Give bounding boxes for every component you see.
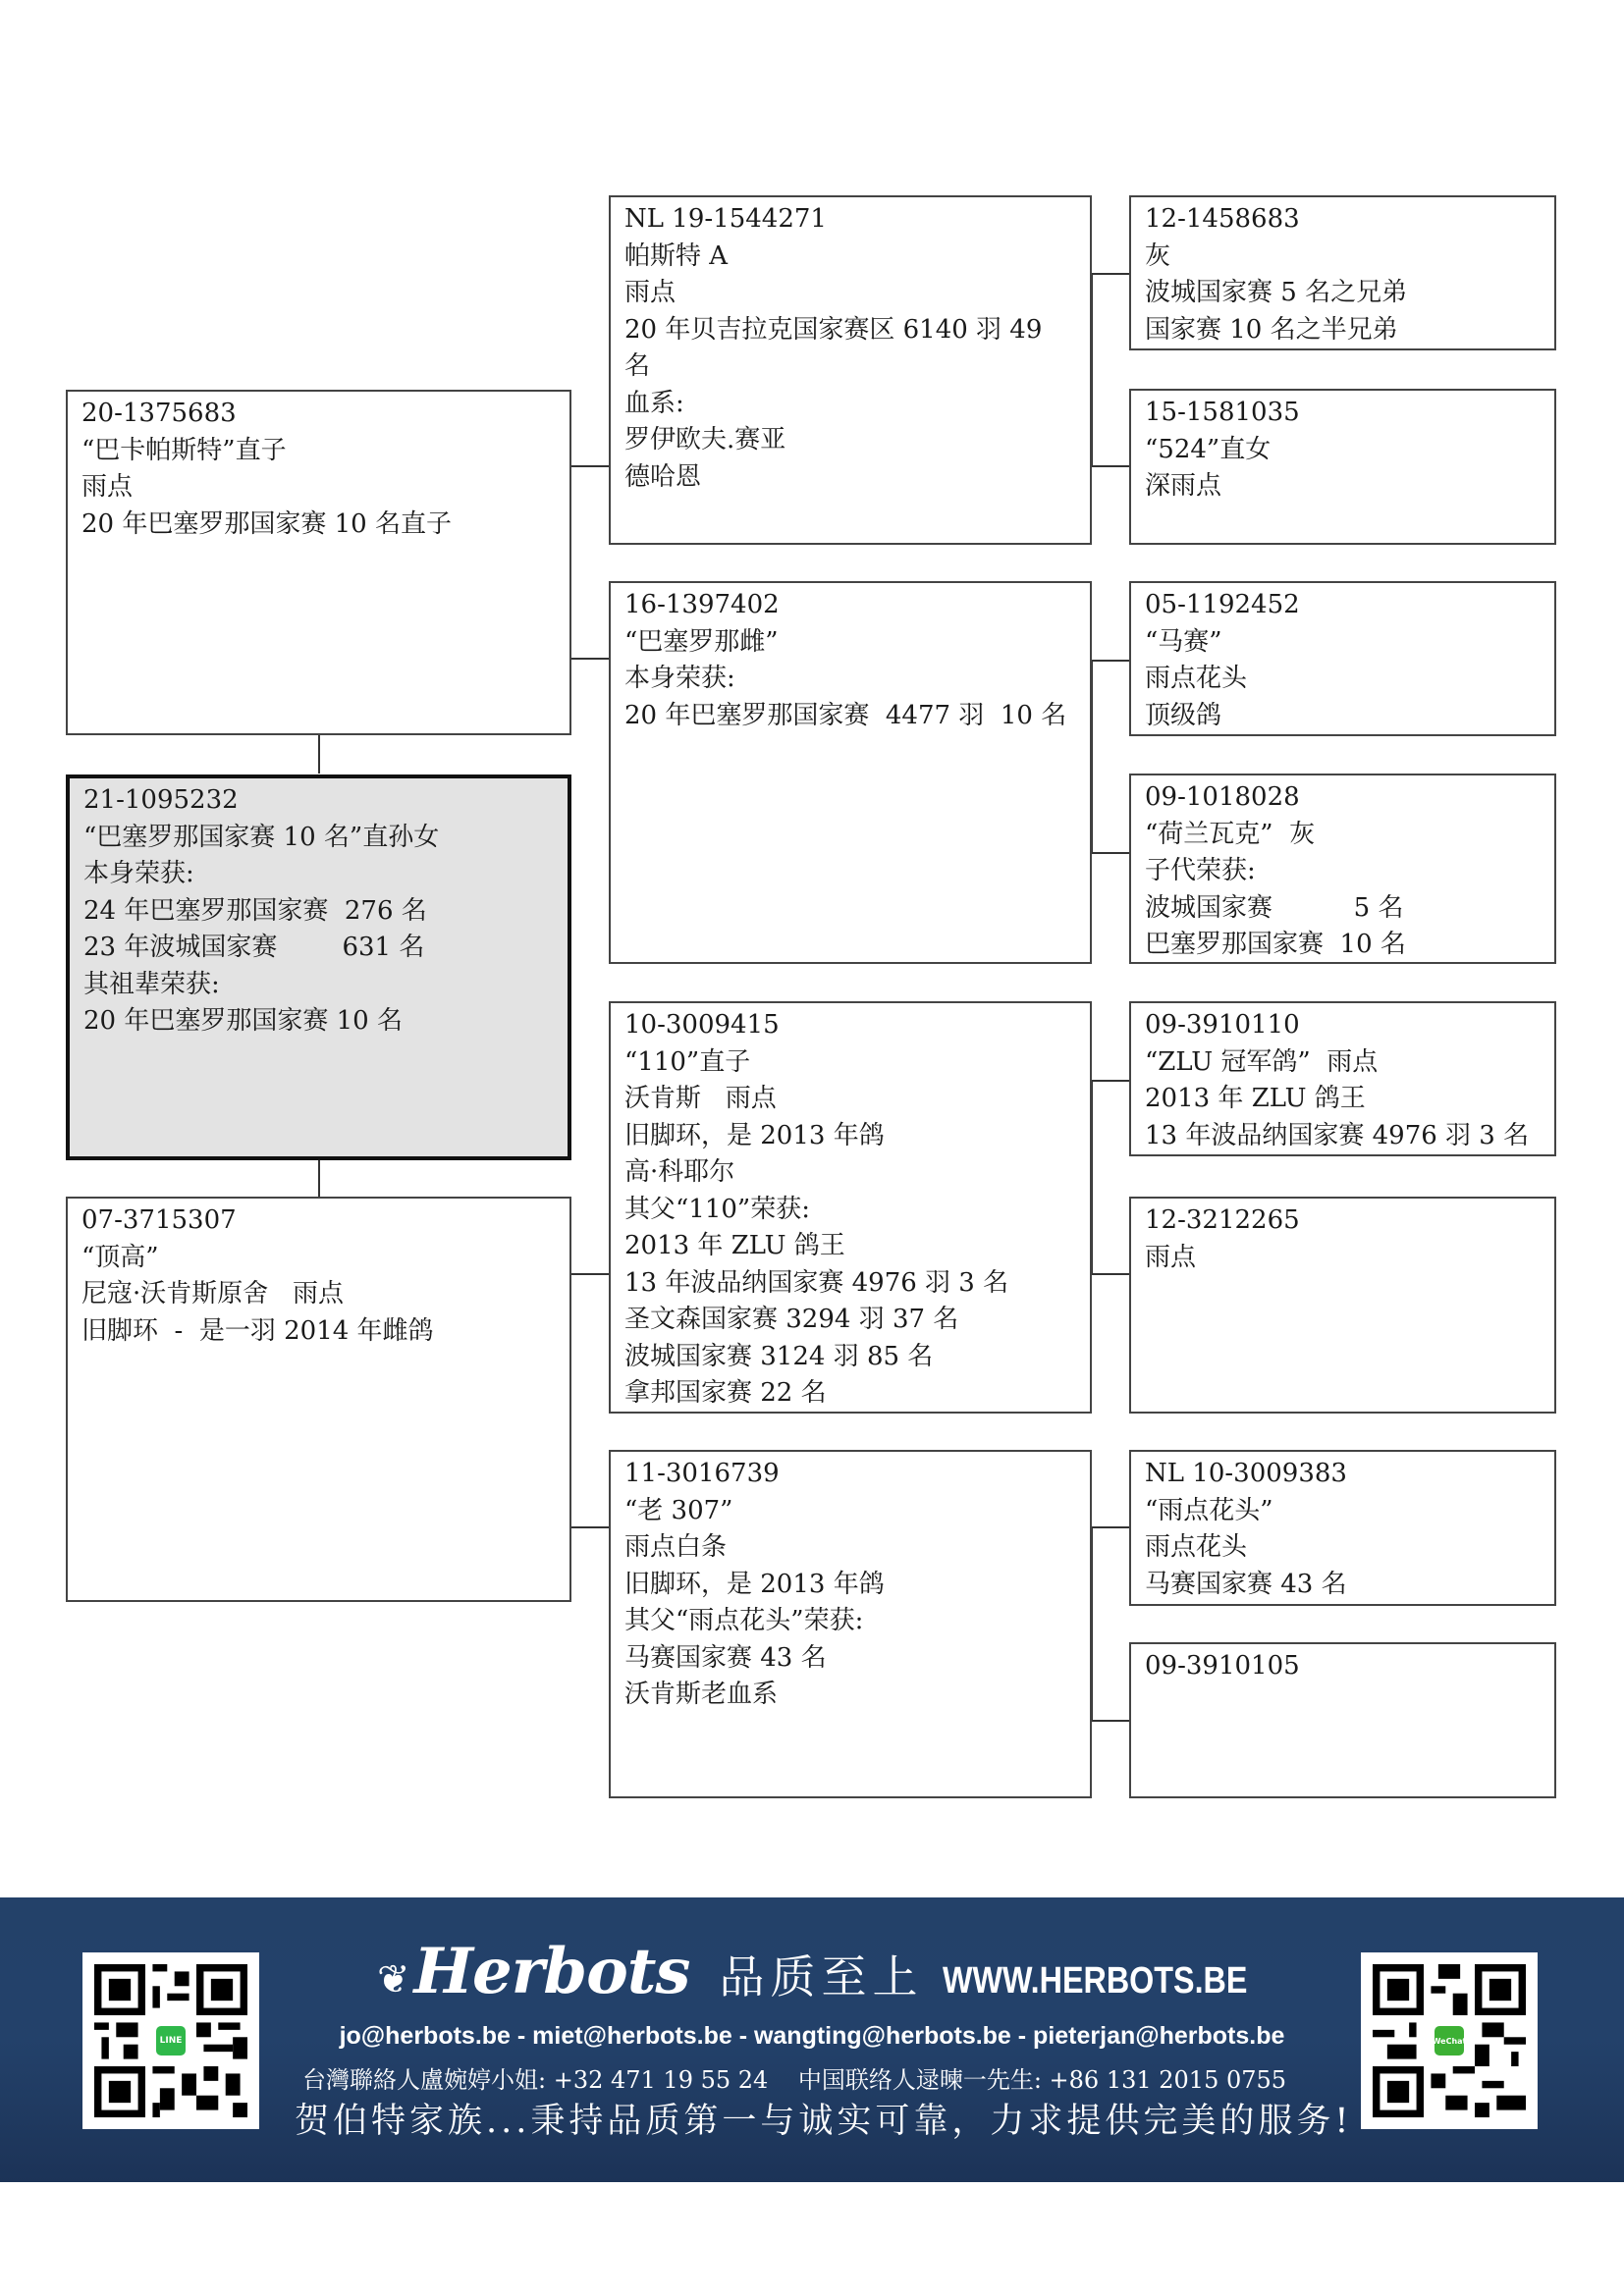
card-line: 血系: bbox=[624, 386, 1076, 423]
card-line: 其祖辈荣获: bbox=[83, 967, 554, 1004]
card-line: 本身荣获: bbox=[624, 661, 1076, 698]
ggp-card-8: 09-3910105 bbox=[1129, 1642, 1556, 1798]
card-line: 13 年波品纳国家赛 4976 羽 3 名 bbox=[1145, 1118, 1541, 1155]
brand-slogan: 品质至上 bbox=[719, 1942, 923, 2006]
dam-card: 07-3715307 “顶高” 尼寇·沃肯斯原舍 雨点 旧脚环 - 是一羽 20… bbox=[66, 1197, 571, 1602]
feather-icon: ❦ bbox=[377, 1957, 410, 2002]
connector bbox=[1091, 852, 1130, 854]
card-line: 巴塞罗那国家赛 10 名 bbox=[1145, 927, 1541, 964]
card-line: 20 年巴塞罗那国家赛 10 名直子 bbox=[81, 507, 556, 544]
card-line: “荷兰瓦克” 灰 bbox=[1145, 817, 1541, 854]
card-line: 雨点白条 bbox=[624, 1529, 1076, 1567]
ring-number: 15-1581035 bbox=[1145, 395, 1541, 432]
card-line: 波城国家赛 5 名之兄弟 bbox=[1145, 275, 1541, 312]
connector bbox=[569, 1526, 609, 1528]
ggp-card-6: 12-3212265 雨点 bbox=[1129, 1197, 1556, 1414]
card-line: 其父“雨点花头”荣获: bbox=[624, 1603, 1076, 1640]
card-line: 马赛国家赛 43 名 bbox=[624, 1640, 1076, 1678]
wechat-qr-code[interactable]: WeChat bbox=[1361, 1952, 1538, 2129]
card-line: 雨点 bbox=[624, 275, 1076, 312]
card-line: 2013 年 ZLU 鸽王 bbox=[624, 1228, 1076, 1265]
company-motto: 贺伯特家族...秉持品质第一与诚实可靠，力求提供完美的服务! bbox=[295, 2094, 1352, 2143]
subject-card: 21-1095232 “巴塞罗那国家赛 10 名”直孙女 本身荣获: 24 年巴… bbox=[66, 774, 571, 1160]
website-link[interactable]: WWW.HERBOTS.BE bbox=[943, 1960, 1247, 2002]
card-line: 本身荣获: bbox=[83, 856, 554, 893]
contact-row: 台灣聯絡人盧婉婷小姐: +32 471 19 55 24 中国联络人逯暕一先生:… bbox=[302, 2060, 1286, 2095]
card-line: 国家赛 10 名之半兄弟 bbox=[1145, 312, 1541, 349]
ring-number: 12-3212265 bbox=[1145, 1202, 1541, 1240]
ring-number: 12-1458683 bbox=[1145, 201, 1541, 239]
ggp-card-3: 05-1192452 “马赛” 雨点花头 顶级鸽 bbox=[1129, 581, 1556, 736]
card-line: “顶高” bbox=[81, 1240, 556, 1277]
connector bbox=[1091, 1080, 1130, 1082]
ring-number: 05-1192452 bbox=[1145, 587, 1541, 624]
connector bbox=[1091, 273, 1130, 275]
ring-number: NL 10-3009383 bbox=[1145, 1456, 1541, 1493]
card-line: “巴塞罗那国家赛 10 名”直孙女 bbox=[83, 820, 554, 857]
ggp-card-5: 09-3910110 “ZLU 冠军鸽” 雨点 2013 年 ZLU 鸽王 13… bbox=[1129, 1001, 1556, 1156]
card-line: 沃肯斯老血系 bbox=[624, 1677, 1076, 1714]
connector bbox=[1091, 1526, 1130, 1528]
dam-dam-card: 11-3016739 “老 307” 雨点白条 旧脚环，是 2013 年鸽 其父… bbox=[609, 1450, 1092, 1798]
connector bbox=[1091, 1720, 1130, 1722]
card-line: 雨点 bbox=[81, 469, 556, 507]
card-line: 深雨点 bbox=[1145, 468, 1541, 506]
card-line: “ZLU 冠军鸽” 雨点 bbox=[1145, 1044, 1541, 1082]
card-line: 灰 bbox=[1145, 239, 1541, 276]
card-line: “巴卡帕斯特”直子 bbox=[81, 433, 556, 470]
card-line: “老 307” bbox=[624, 1493, 1076, 1530]
card-line: 旧脚环，是 2013 年鸽 bbox=[624, 1118, 1076, 1155]
card-line: 马赛国家赛 43 名 bbox=[1145, 1567, 1541, 1604]
card-line: 旧脚环，是 2013 年鸽 bbox=[624, 1567, 1076, 1604]
card-line: 波城国家赛 3124 羽 85 名 bbox=[624, 1339, 1076, 1376]
card-line: 2013 年 ZLU 鸽王 bbox=[1145, 1081, 1541, 1118]
ring-number: 11-3016739 bbox=[624, 1456, 1076, 1493]
card-line: “524”直女 bbox=[1145, 432, 1541, 469]
card-line: 20 年巴塞罗那国家赛 4477 羽 10 名 bbox=[624, 698, 1076, 735]
card-line: 雨点 bbox=[1145, 1240, 1541, 1277]
ring-number: 09-3910110 bbox=[1145, 1007, 1541, 1044]
card-line: 13 年波品纳国家赛 4976 羽 3 名 bbox=[624, 1265, 1076, 1303]
ring-number: 07-3715307 bbox=[81, 1202, 556, 1240]
card-line: “巴塞罗那雌” bbox=[624, 624, 1076, 662]
ring-number: NL 19-1544271 bbox=[624, 201, 1076, 239]
connector bbox=[569, 1273, 609, 1275]
footer-banner: LINE ❦ Herbots 品质至上 WWW.HERBOTS.BE jo@he… bbox=[0, 1897, 1624, 2182]
connector bbox=[1091, 465, 1130, 467]
connector bbox=[318, 1158, 320, 1198]
card-line: 顶级鸽 bbox=[1145, 698, 1541, 735]
card-line: “雨点花头” bbox=[1145, 1493, 1541, 1530]
card-line: 高·科耶尔 bbox=[624, 1154, 1076, 1192]
wechat-icon: WeChat bbox=[1432, 2023, 1467, 2058]
card-line: 名 bbox=[624, 348, 1076, 386]
card-line: 24 年巴塞罗那国家赛 276 名 bbox=[83, 893, 554, 931]
card-line: 雨点花头 bbox=[1145, 1529, 1541, 1567]
card-line: “马赛” bbox=[1145, 624, 1541, 662]
card-line: 20 年贝吉拉克国家赛区 6140 羽 49 bbox=[624, 312, 1076, 349]
card-line: 罗伊欧夫.赛亚 bbox=[624, 422, 1076, 459]
card-line: 23 年波城国家赛 631 名 bbox=[83, 930, 554, 967]
ggp-card-7: NL 10-3009383 “雨点花头” 雨点花头 马赛国家赛 43 名 bbox=[1129, 1450, 1556, 1606]
brand-logo: Herbots bbox=[414, 1935, 690, 2008]
connector bbox=[1091, 660, 1130, 662]
card-line: 子代荣获: bbox=[1145, 853, 1541, 890]
card-line: 沃肯斯 雨点 bbox=[624, 1081, 1076, 1118]
connector bbox=[569, 465, 609, 467]
ggp-card-2: 15-1581035 “524”直女 深雨点 bbox=[1129, 389, 1556, 545]
card-line: 拿邦国家赛 22 名 bbox=[624, 1375, 1076, 1413]
card-line: 尼寇·沃肯斯原舍 雨点 bbox=[81, 1276, 556, 1313]
contact-taiwan: 台灣聯絡人盧婉婷小姐: +32 471 19 55 24 bbox=[302, 2066, 768, 2094]
brand-row: ❦ Herbots 品质至上 WWW.HERBOTS.BE bbox=[377, 1935, 1302, 2008]
connector bbox=[318, 734, 320, 774]
ring-number: 20-1375683 bbox=[81, 396, 556, 433]
connector bbox=[569, 658, 609, 660]
sire-sire-card: NL 19-1544271 帕斯特 A 雨点 20 年贝吉拉克国家赛区 6140… bbox=[609, 195, 1092, 545]
card-line: 波城国家赛 5 名 bbox=[1145, 890, 1541, 928]
sire-dam-card: 16-1397402 “巴塞罗那雌” 本身荣获: 20 年巴塞罗那国家赛 447… bbox=[609, 581, 1092, 964]
card-line: 德哈恩 bbox=[624, 459, 1076, 497]
ring-number: 09-3910105 bbox=[1145, 1648, 1541, 1685]
ggp-card-4: 09-1018028 “荷兰瓦克” 灰 子代荣获: 波城国家赛 5 名 巴塞罗那… bbox=[1129, 774, 1556, 964]
contact-china: 中国联络人逯暕一先生: +86 131 2015 0755 bbox=[798, 2066, 1286, 2094]
ring-number: 21-1095232 bbox=[83, 782, 554, 820]
card-line: 其父“110”荣获: bbox=[624, 1192, 1076, 1229]
ring-number: 16-1397402 bbox=[624, 587, 1076, 624]
card-line: 20 年巴塞罗那国家赛 10 名 bbox=[83, 1003, 554, 1041]
card-line: 圣文森国家赛 3294 羽 37 名 bbox=[624, 1302, 1076, 1339]
ggp-card-1: 12-1458683 灰 波城国家赛 5 名之兄弟 国家赛 10 名之半兄弟 bbox=[1129, 195, 1556, 350]
sire-card: 20-1375683 “巴卡帕斯特”直子 雨点 20 年巴塞罗那国家赛 10 名… bbox=[66, 390, 571, 735]
card-line: 帕斯特 A bbox=[624, 239, 1076, 276]
ring-number: 10-3009415 bbox=[624, 1007, 1076, 1044]
ring-number: 09-1018028 bbox=[1145, 779, 1541, 817]
card-line: “110”直子 bbox=[624, 1044, 1076, 1082]
card-line: 旧脚环 - 是一羽 2014 年雌鸽 bbox=[81, 1313, 556, 1351]
card-line: 雨点花头 bbox=[1145, 661, 1541, 698]
connector bbox=[1091, 1273, 1130, 1275]
dam-sire-card: 10-3009415 “110”直子 沃肯斯 雨点 旧脚环，是 2013 年鸽 … bbox=[609, 1001, 1092, 1414]
